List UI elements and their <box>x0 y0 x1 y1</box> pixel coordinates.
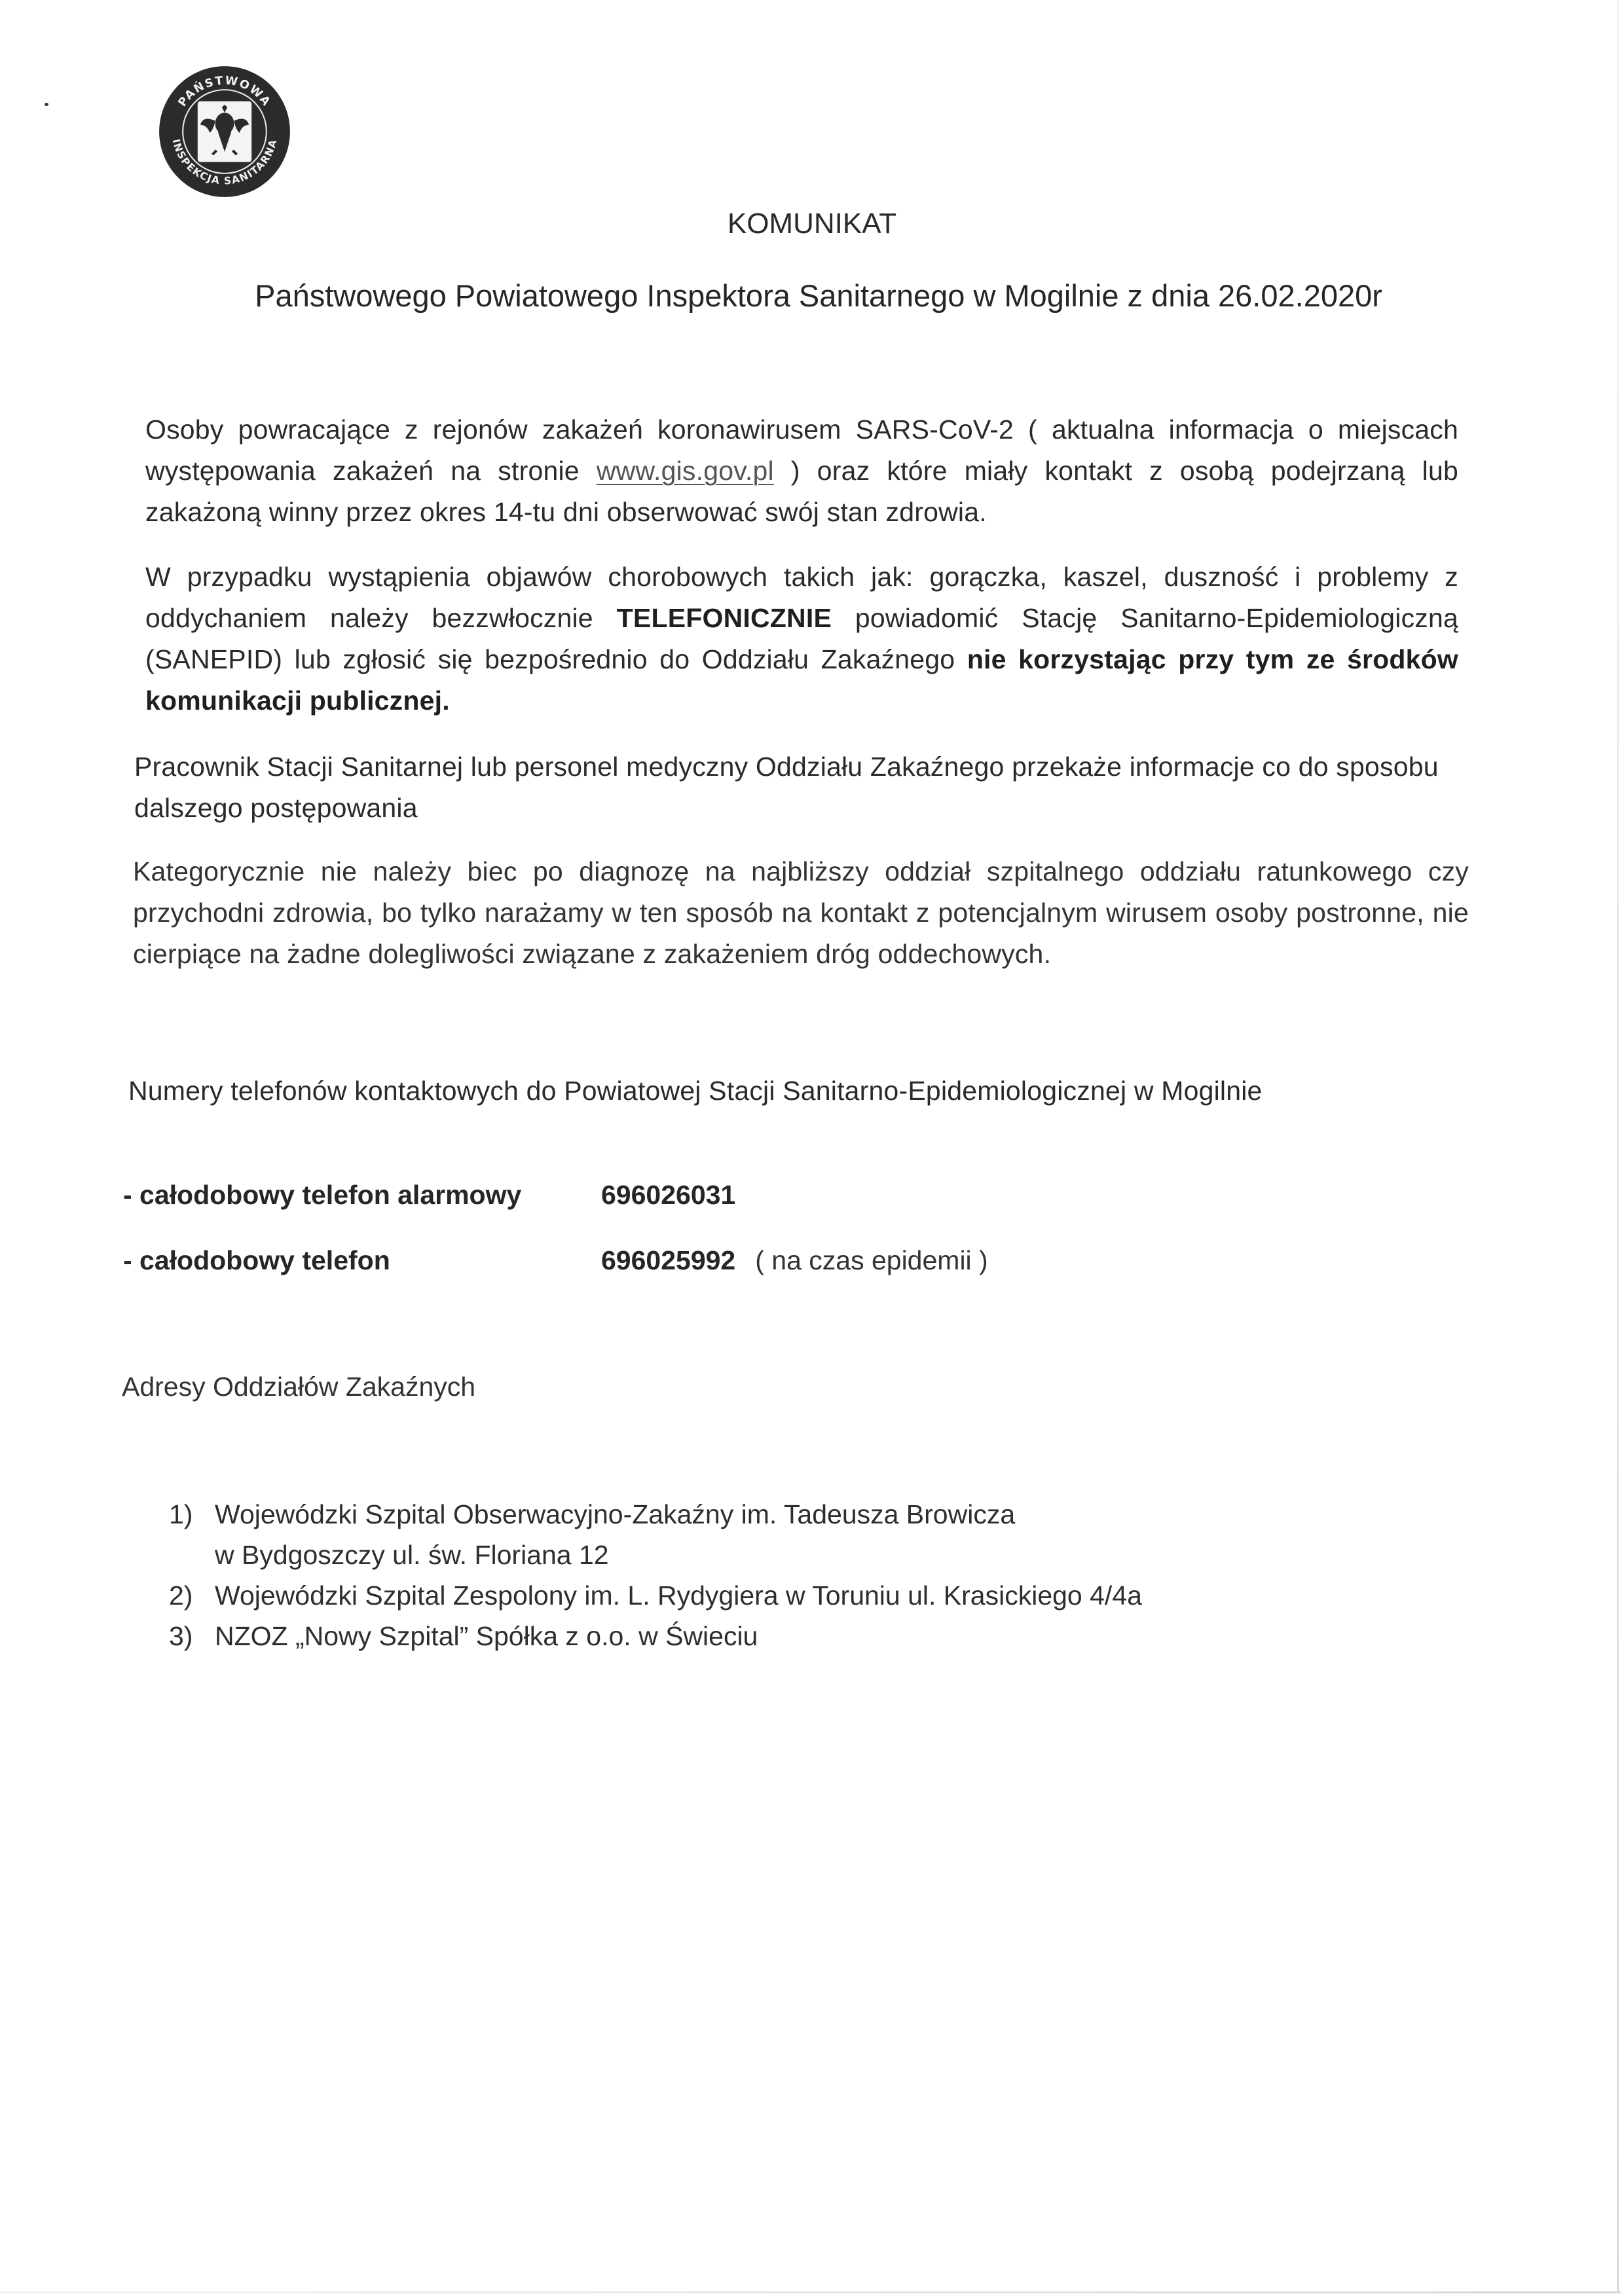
address-line: NZOZ „Nowy Szpital” Spółka z o.o. w Świe… <box>215 1616 1142 1656</box>
contacts-intro: Numery telefonów kontaktowych do Powiato… <box>128 1070 1448 1112</box>
address-line: Wojewódzki Szpital Zespolony im. L. Rydy… <box>215 1575 1142 1616</box>
address-line: Wojewódzki Szpital Obserwacyjno-Zakaźny … <box>215 1494 1142 1535</box>
list-item: 1) Wojewódzki Szpital Obserwacyjno-Zakaź… <box>169 1494 1142 1575</box>
phone-label: - całodobowy telefon alarmowy <box>123 1175 601 1214</box>
gis-website-link[interactable]: www.gis.gov.pl <box>597 456 774 486</box>
document-title: KOMUNIKAT <box>0 204 1624 244</box>
list-marker: 1) <box>169 1494 193 1535</box>
phone-note: ( na czas epidemii ) <box>755 1245 987 1275</box>
address-line: w Bydgoszczy ul. św. Floriana 12 <box>215 1535 1142 1575</box>
scan-speck <box>45 103 48 106</box>
paragraph-symptoms-instructions: W przypadku wystąpienia objawów chorobow… <box>145 556 1458 721</box>
list-marker: 3) <box>169 1616 193 1656</box>
page-edge <box>1617 0 1619 2291</box>
document-subtitle: Państwowego Powiatowego Inspektora Sanit… <box>196 275 1441 317</box>
sanitary-inspection-seal: PAŃSTWOWA INSPEKCJA SANITARNA <box>157 64 292 199</box>
list-item: 2) Wojewódzki Szpital Zespolony im. L. R… <box>169 1575 1142 1616</box>
paragraph-further-instructions: Pracownik Stacji Sanitarnej lub personel… <box>134 746 1464 829</box>
list-item: 3) NZOZ „Nowy Szpital” Spółka z o.o. w Ś… <box>169 1616 1142 1656</box>
phone-label: - całodobowy telefon <box>123 1241 601 1280</box>
paragraph-return-from-infected-areas: Osoby powracające z rejonów zakażeń koro… <box>145 409 1458 533</box>
list-marker: 2) <box>169 1575 193 1616</box>
phone-number-link[interactable]: 696025992 <box>601 1241 735 1280</box>
emphasis-telefonicznie: TELEFONICZNIE <box>617 603 832 633</box>
phone-number-link[interactable]: 696026031 <box>601 1175 735 1214</box>
paragraph-do-not-go-to-hospital: Kategorycznie nie należy biec po diagnoz… <box>133 851 1469 975</box>
seal-icon: PAŃSTWOWA INSPEKCJA SANITARNA <box>157 64 292 199</box>
addresses-heading: Adresy Oddziałów Zakaźnych <box>122 1367 475 1406</box>
page-edge <box>0 2291 1621 2293</box>
hospital-address-list: 1) Wojewódzki Szpital Obserwacyjno-Zakaź… <box>169 1494 1142 1656</box>
phone-row-epidemic: - całodobowy telefon696025992( na czas e… <box>123 1241 988 1280</box>
phone-row-alarm: - całodobowy telefon alarmowy696026031 <box>123 1175 755 1214</box>
